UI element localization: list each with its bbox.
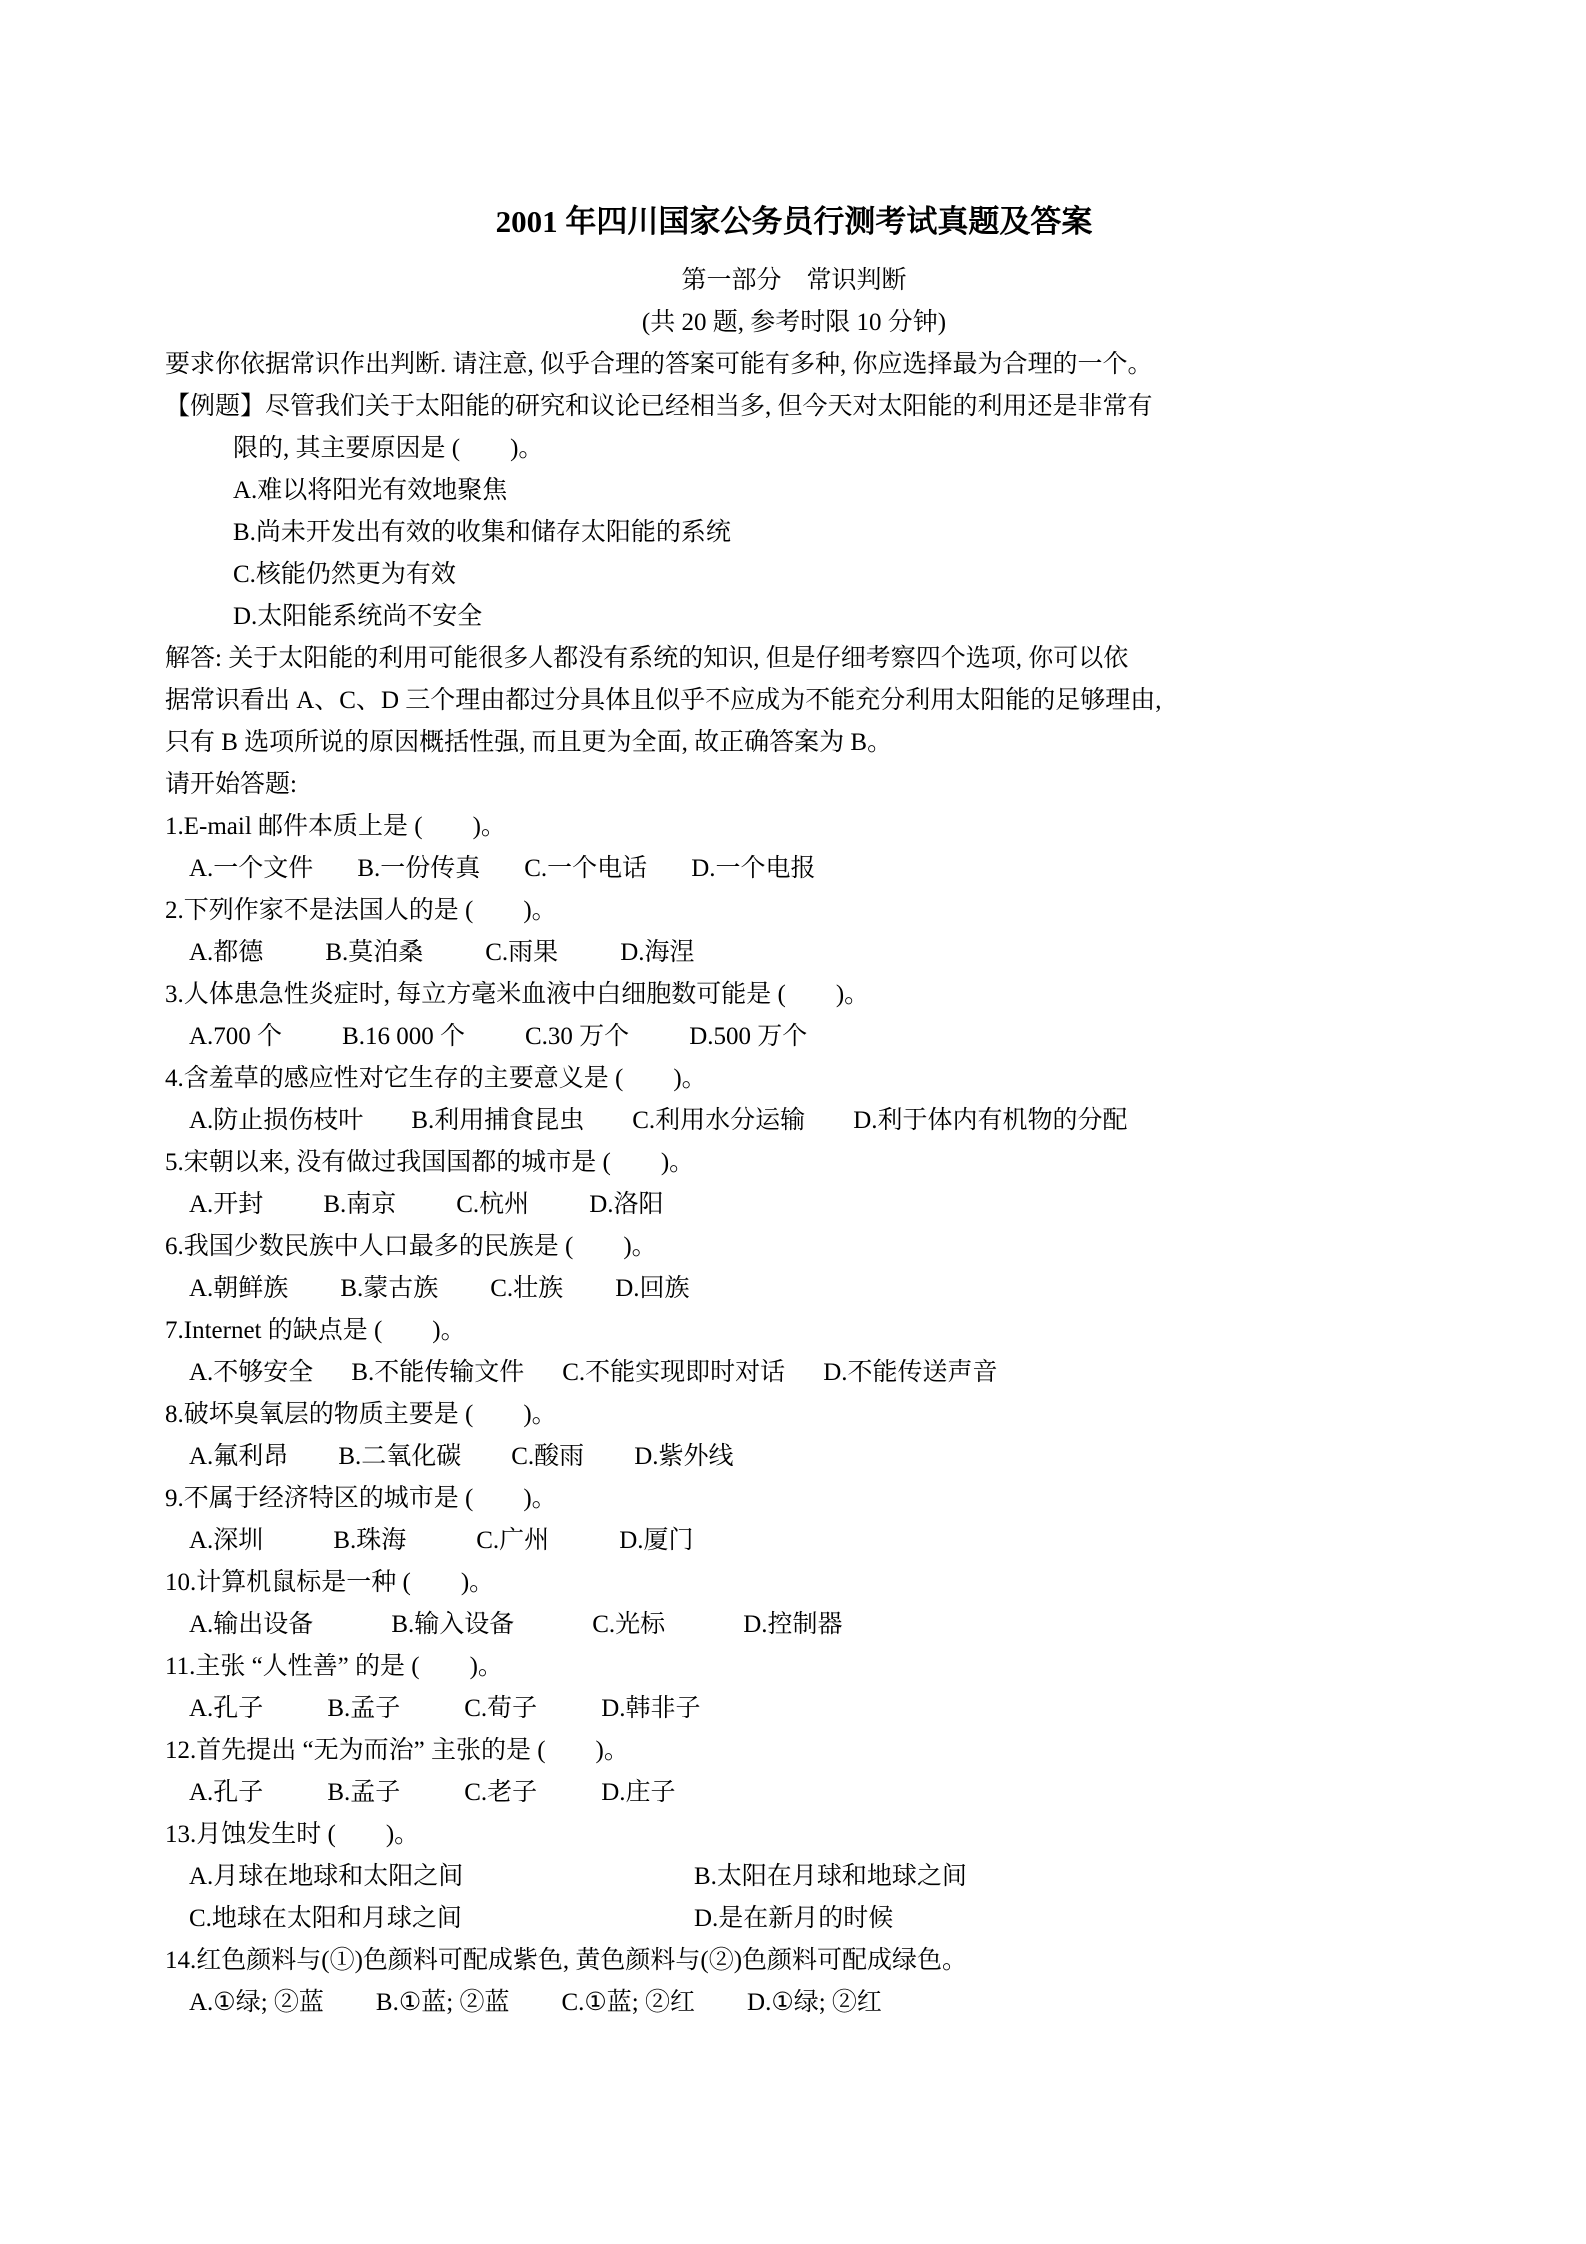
question-stem: 5.宋朝以来, 没有做过我国国都的城市是 ( )。 <box>165 1142 1423 1184</box>
question-options-row: A.①绿; ②蓝B.①蓝; ②蓝C.①蓝; ②红D.①绿; ②红 <box>165 1982 1423 2024</box>
question-options-row: A.一个文件B.一份传真C.一个电话D.一个电报 <box>165 848 1423 890</box>
question-stem: 3.人体患急性炎症时, 每立方毫米血液中白细胞数可能是 ( )。 <box>165 974 1423 1016</box>
question-options-row: A.开封B.南京C.杭州D.洛阳 <box>165 1184 1423 1226</box>
question-option: D.①绿; ②红 <box>747 1982 882 2024</box>
question-options-row: A.都德B.莫泊桑C.雨果D.海涅 <box>165 932 1423 974</box>
question-option: B.一份传真 <box>357 848 480 890</box>
questions-list: 1.E-mail 邮件本质上是 ( )。A.一个文件B.一份传真C.一个电话D.… <box>165 806 1423 2024</box>
question-options-row: A.孔子B.孟子C.老子D.庄子 <box>165 1772 1423 1814</box>
example-option: B.尚未开发出有效的收集和储存太阳能的系统 <box>165 512 1423 554</box>
question-option: A.700 个 <box>189 1016 282 1058</box>
question-option: A.朝鲜族 <box>189 1268 288 1310</box>
example-block: 【例题】尽管我们关于太阳能的研究和议论已经相当多, 但今天对太阳能的利用还是非常… <box>165 386 1423 638</box>
question-options-grid-row: C.地球在太阳和月球之间D.是在新月的时候 <box>165 1898 1423 1940</box>
question-option: D.厦门 <box>619 1520 693 1562</box>
question-option: B.16 000 个 <box>342 1016 465 1058</box>
question-option: C.杭州 <box>456 1184 529 1226</box>
explanation-line: 据常识看出 A、C、D 三个理由都过分具体且似乎不应成为不能充分利用太阳能的足够… <box>165 680 1423 722</box>
example-option: A.难以将阳光有效地聚焦 <box>165 470 1423 512</box>
question-option: C.广州 <box>476 1520 549 1562</box>
question-option: A.深圳 <box>189 1520 263 1562</box>
question-option: B.莫泊桑 <box>325 932 423 974</box>
question-option: A.防止损伤枝叶 <box>189 1100 363 1142</box>
question-option: C.壮族 <box>490 1268 563 1310</box>
question-option: C.老子 <box>464 1772 537 1814</box>
start-prompt: 请开始答题: <box>165 764 1423 806</box>
question-options-row: A.深圳B.珠海C.广州D.厦门 <box>165 1520 1423 1562</box>
question-option: A.孔子 <box>189 1688 263 1730</box>
question-option: A.①绿; ②蓝 <box>189 1982 324 2024</box>
question-option: B.不能传输文件 <box>351 1352 524 1394</box>
explanation-line: 解答: 关于太阳能的利用可能很多人都没有系统的知识, 但是仔细考察四个选项, 你… <box>165 638 1423 680</box>
question-option: C.一个电话 <box>524 848 647 890</box>
question-option: C.荀子 <box>464 1688 537 1730</box>
question-stem: 2.下列作家不是法国人的是 ( )。 <box>165 890 1423 932</box>
question-option: B.南京 <box>323 1184 396 1226</box>
question-option: A.开封 <box>189 1184 263 1226</box>
question-option: A.都德 <box>189 932 263 974</box>
question-options-row: A.输出设备B.输入设备C.光标D.控制器 <box>165 1604 1423 1646</box>
question-stem: 8.破坏臭氧层的物质主要是 ( )。 <box>165 1394 1423 1436</box>
question-option: A.孔子 <box>189 1772 263 1814</box>
question-stem: 13.月蚀发生时 ( )。 <box>165 1814 1423 1856</box>
question-option: D.紫外线 <box>634 1436 733 1478</box>
question-option: D.海涅 <box>620 932 694 974</box>
question-option: B.利用捕食昆虫 <box>411 1100 584 1142</box>
exam-document-page: 2001 年四川国家公务员行测考试真题及答案 第一部分 常识判断 (共 20 题… <box>0 0 1586 2244</box>
section-heading: 第一部分 常识判断 <box>165 260 1423 302</box>
question-option: C.雨果 <box>485 932 558 974</box>
question-option: D.一个电报 <box>691 848 815 890</box>
question-options-row: A.氟利昂B.二氧化碳C.酸雨D.紫外线 <box>165 1436 1423 1478</box>
question-option: C.地球在太阳和月球之间 <box>189 1898 694 1940</box>
question-option: C.30 万个 <box>525 1016 629 1058</box>
question-option: C.利用水分运输 <box>632 1100 805 1142</box>
question-option: D.500 万个 <box>689 1016 807 1058</box>
question-stem: 11.主张 “人性善” 的是 ( )。 <box>165 1646 1423 1688</box>
question-options-row: A.朝鲜族B.蒙古族C.壮族D.回族 <box>165 1268 1423 1310</box>
question-stem: 12.首先提出 “无为而治” 主张的是 ( )。 <box>165 1730 1423 1772</box>
question-option: B.二氧化碳 <box>338 1436 461 1478</box>
question-options-row: A.孔子B.孟子C.荀子D.韩非子 <box>165 1688 1423 1730</box>
question-option: C.不能实现即时对话 <box>562 1352 785 1394</box>
question-option: D.利于体内有机物的分配 <box>853 1100 1127 1142</box>
question-stem: 7.Internet 的缺点是 ( )。 <box>165 1310 1423 1352</box>
question-stem: 1.E-mail 邮件本质上是 ( )。 <box>165 806 1423 848</box>
intro-paragraph: 要求你依据常识作出判断. 请注意, 似乎合理的答案可能有多种, 你应选择最为合理… <box>165 344 1423 386</box>
example-question-line1: 【例题】尽管我们关于太阳能的研究和议论已经相当多, 但今天对太阳能的利用还是非常… <box>165 386 1423 428</box>
question-option: D.庄子 <box>601 1772 675 1814</box>
question-stem: 9.不属于经济特区的城市是 ( )。 <box>165 1478 1423 1520</box>
question-options-row: A.700 个B.16 000 个C.30 万个D.500 万个 <box>165 1016 1423 1058</box>
question-options-grid-row: A.月球在地球和太阳之间B.太阳在月球和地球之间 <box>165 1856 1423 1898</box>
question-option: D.控制器 <box>743 1604 842 1646</box>
question-option: D.洛阳 <box>589 1184 663 1226</box>
question-option: B.输入设备 <box>391 1604 514 1646</box>
document-title: 2001 年四川国家公务员行测考试真题及答案 <box>165 200 1423 244</box>
example-question-line2: 限的, 其主要原因是 ( )。 <box>165 428 1423 470</box>
question-option: B.①蓝; ②蓝 <box>376 1982 510 2024</box>
question-option: B.孟子 <box>327 1688 400 1730</box>
question-option: B.太阳在月球和地球之间 <box>694 1856 1423 1898</box>
explanation-line: 只有 B 选项所说的原因概括性强, 而且更为全面, 故正确答案为 B。 <box>165 722 1423 764</box>
question-option: C.①蓝; ②红 <box>561 1982 695 2024</box>
question-option: C.光标 <box>592 1604 665 1646</box>
question-option: D.回族 <box>615 1268 689 1310</box>
section-subheading: (共 20 题, 参考时限 10 分钟) <box>165 302 1423 344</box>
question-options-row: A.不够安全B.不能传输文件C.不能实现即时对话D.不能传送声音 <box>165 1352 1423 1394</box>
question-option: C.酸雨 <box>511 1436 584 1478</box>
question-option: A.一个文件 <box>189 848 313 890</box>
question-option: A.月球在地球和太阳之间 <box>189 1856 694 1898</box>
explanation-paragraph: 解答: 关于太阳能的利用可能很多人都没有系统的知识, 但是仔细考察四个选项, 你… <box>165 638 1423 764</box>
question-option: B.蒙古族 <box>340 1268 438 1310</box>
question-option: D.韩非子 <box>601 1688 700 1730</box>
question-option: D.不能传送声音 <box>823 1352 997 1394</box>
question-stem: 4.含羞草的感应性对它生存的主要意义是 ( )。 <box>165 1058 1423 1100</box>
question-option: A.不够安全 <box>189 1352 313 1394</box>
question-option: A.输出设备 <box>189 1604 313 1646</box>
question-stem: 10.计算机鼠标是一种 ( )。 <box>165 1562 1423 1604</box>
example-option: C.核能仍然更为有效 <box>165 554 1423 596</box>
question-option: A.氟利昂 <box>189 1436 288 1478</box>
question-stem: 14.红色颜料与(①)色颜料可配成紫色, 黄色颜料与(②)色颜料可配成绿色。 <box>165 1940 1423 1982</box>
question-option: B.孟子 <box>327 1772 400 1814</box>
example-options: A.难以将阳光有效地聚焦B.尚未开发出有效的收集和储存太阳能的系统C.核能仍然更… <box>165 470 1423 638</box>
question-option: D.是在新月的时候 <box>694 1898 1423 1940</box>
question-stem: 6.我国少数民族中人口最多的民族是 ( )。 <box>165 1226 1423 1268</box>
question-options-row: A.防止损伤枝叶B.利用捕食昆虫C.利用水分运输D.利于体内有机物的分配 <box>165 1100 1423 1142</box>
example-option: D.太阳能系统尚不安全 <box>165 596 1423 638</box>
question-option: B.珠海 <box>333 1520 406 1562</box>
